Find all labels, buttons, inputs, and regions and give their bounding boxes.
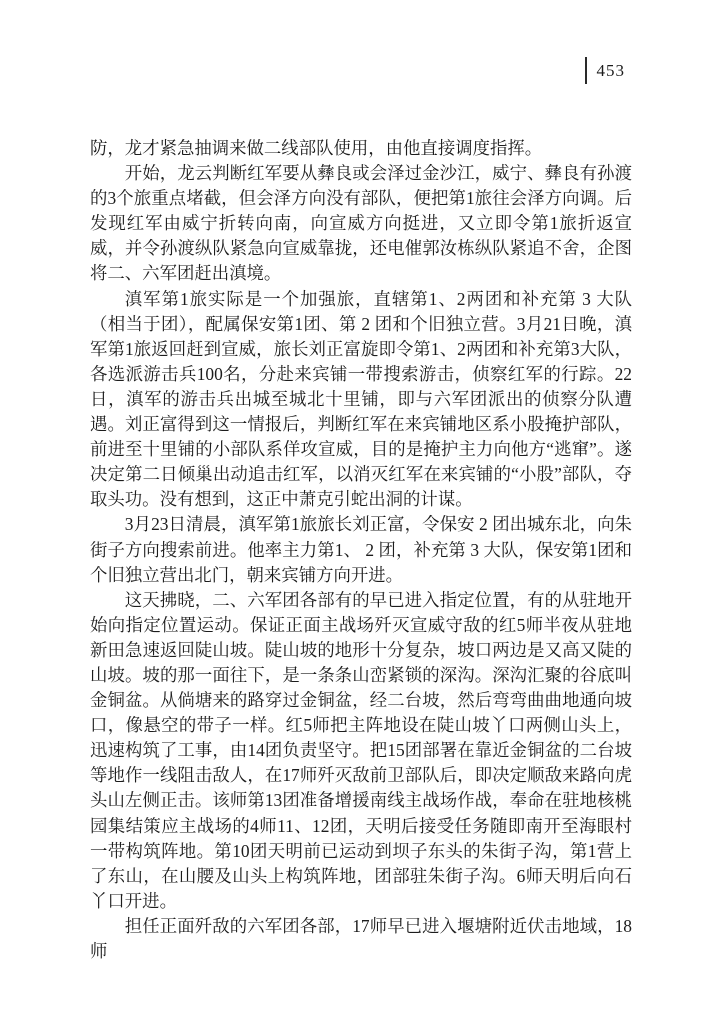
paragraph: 滇军第1旅实际是一个加强旅，直辖第1、2两团和补充第 3 大队（相当于团），配属… [90, 287, 632, 513]
book-page: 453 防，龙才紧急抽调来做二线部队使用，由他直接调度指挥。 开始，龙云判断红军… [0, 0, 715, 1010]
paragraph: 这天拂晓，二、六军团各部有的早已进入指定位置，有的从驻地开始向指定位置运动。保证… [90, 588, 632, 914]
page-header: 453 [585, 57, 626, 84]
page-number-rule [585, 57, 587, 84]
paragraph: 开始，龙云判断红军要从彝良或会泽过金沙江，威宁、彝良有孙渡的3个旅重点堵截，但会… [90, 161, 632, 286]
paragraph: 担任正面歼敌的六军团各部，17师早已进入堰塘附近伏击地域，18师 [90, 914, 632, 964]
paragraph: 3月23日清晨，滇军第1旅旅长刘正富，令保安 2 团出城东北，向朱街子方向搜索前… [90, 512, 632, 587]
text-block: 防，龙才紧急抽调来做二线部队使用，由他直接调度指挥。 开始，龙云判断红军要从彝良… [90, 136, 632, 964]
paragraph-continuation: 防，龙才紧急抽调来做二线部队使用，由他直接调度指挥。 [90, 136, 632, 161]
page-number: 453 [597, 57, 626, 84]
